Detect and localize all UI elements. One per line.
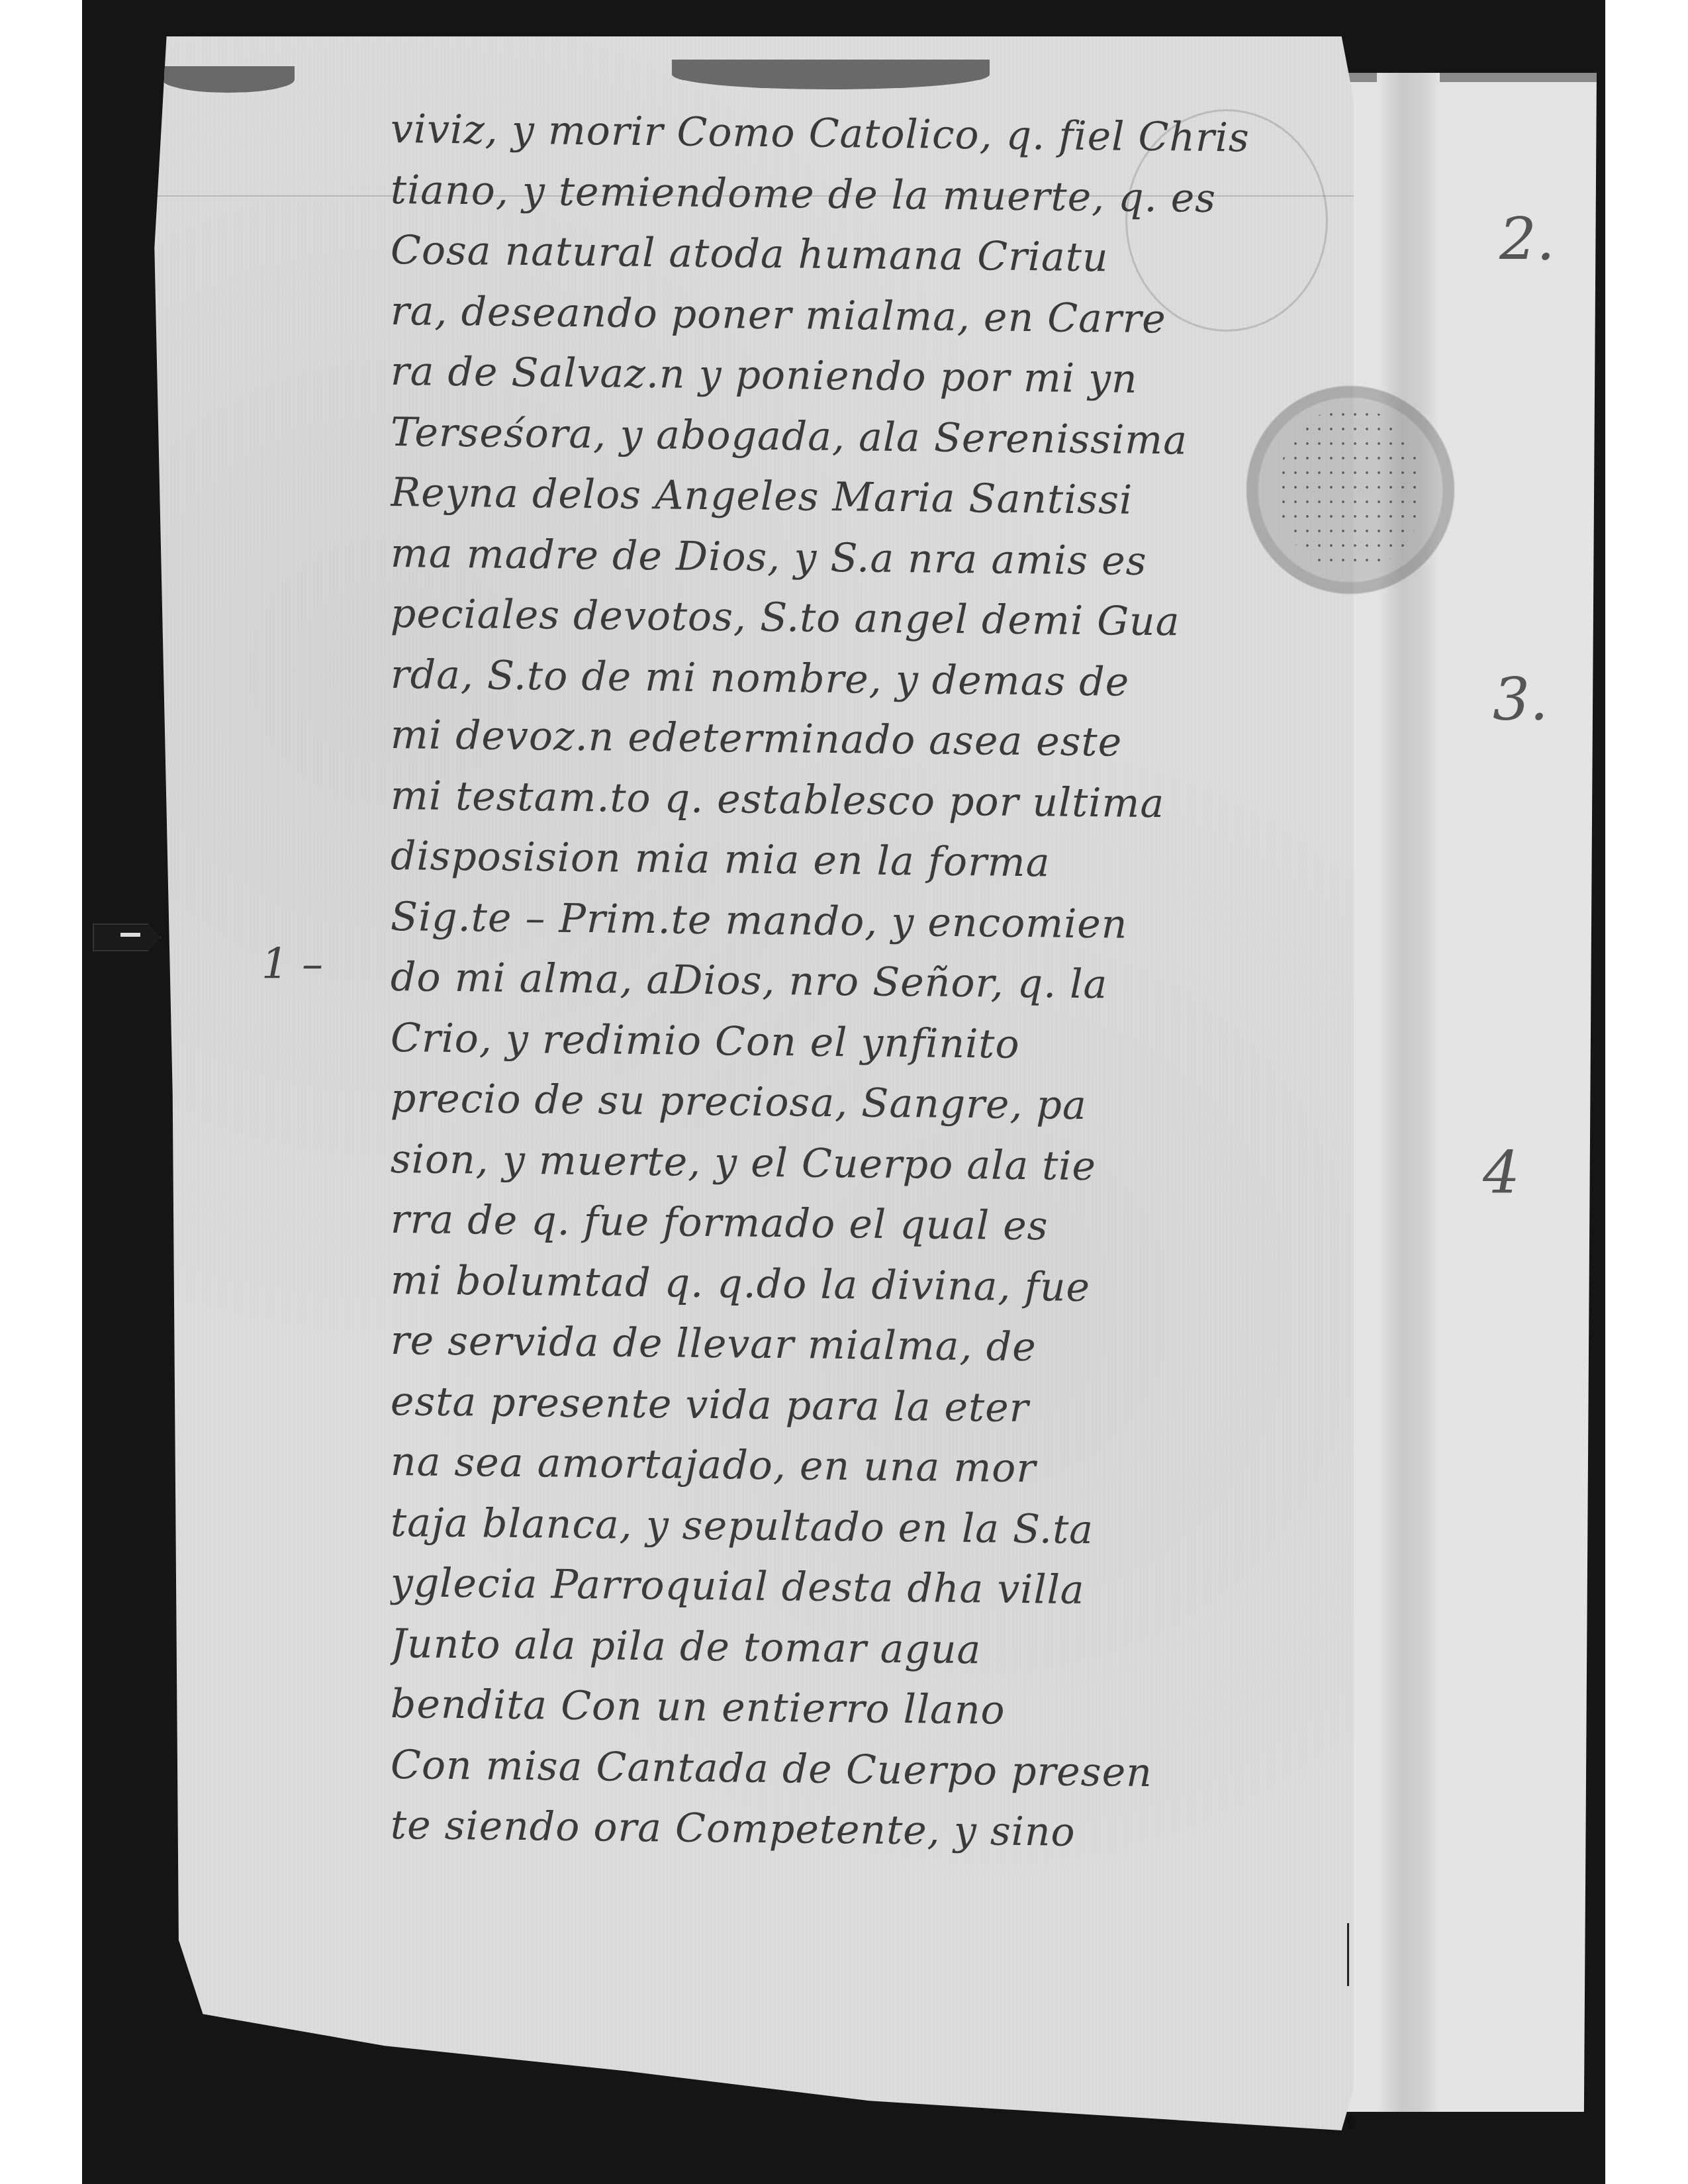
- folio-number-2: 2.: [1499, 205, 1555, 273]
- text-line: mi bolumtad q. q.do la divina, fue: [391, 1251, 1338, 1321]
- text-line: disposision mia mia en la forma: [391, 826, 1338, 896]
- text-line: Reyna delos Angeles Maria Santissi: [391, 463, 1338, 533]
- margin-item-number: 1 –: [261, 940, 323, 989]
- ink-dot: [1346, 2115, 1356, 2130]
- ink-stain: [672, 60, 990, 89]
- text-line: Crio, y redimio Con el ynfinito: [391, 1008, 1338, 1078]
- text-line: mi devoz.n edeterminado asea este: [391, 705, 1338, 775]
- text-line: Terseśora, y abogada, ala Serenissima: [391, 403, 1338, 473]
- text-line: peciales devotos, S.to angel demi Gua: [391, 584, 1338, 654]
- manuscript-text: viviz, y morir Como Catolico, q. fiel Ch…: [391, 99, 1337, 1856]
- text-line: viviz, y morir Como Catolico, q. fiel Ch…: [391, 99, 1338, 169]
- text-line: ma madre de Dios, y S.a nra amis es: [391, 524, 1338, 594]
- text-line: sion, y muerte, y el Cuerpo ala tie: [391, 1129, 1338, 1200]
- text-line: taja blanca, y sepultado en la S.ta: [391, 1493, 1338, 1563]
- text-line: mi testam.to q. establesco por ultima: [391, 766, 1338, 836]
- text-line: Sig.te – Prim.te mando, y encomien: [391, 887, 1338, 957]
- text-line: Con misa Cantada de Cuerpo presen: [391, 1735, 1338, 1805]
- binder-clip-icon: [93, 924, 162, 951]
- text-line: yglecia Parroquial desta dha villa: [391, 1553, 1338, 1623]
- ink-stain: [162, 66, 295, 93]
- text-line: na sea amortajado, en una mor: [391, 1432, 1338, 1502]
- text-line: precio de su preciosa, Sangre, pa: [391, 1068, 1338, 1139]
- text-line: rda, S.to de mi nombre, y demas de: [391, 645, 1338, 715]
- text-line: do mi alma, aDios, nro Señor, q. la: [391, 947, 1338, 1018]
- text-line: esta presente vida para la eter: [391, 1372, 1338, 1442]
- paper-crease: [1347, 1923, 1349, 1986]
- text-line: Junto ala pila de tomar agua: [391, 1614, 1338, 1684]
- text-line: ra de Salvaz.n y poniendo por mi yn: [391, 342, 1338, 412]
- text-line: te siendo ora Competente, y sino: [391, 1795, 1338, 1866]
- text-line: ra, deseando poner mialma, en Carre: [391, 281, 1338, 352]
- text-line: bendita Con un entierro llano: [391, 1674, 1338, 1744]
- text-line: Cosa natural atoda humana Criatu: [391, 220, 1338, 291]
- folio-number-3: 3.: [1493, 665, 1548, 734]
- folio-number-4: 4: [1483, 1139, 1520, 1207]
- text-line: re servida de llevar mialma, de: [391, 1311, 1338, 1381]
- text-line: rra de q. fue formado el qual es: [391, 1190, 1338, 1260]
- text-line: tiano, y temiendome de la muerte, q. es: [391, 160, 1338, 230]
